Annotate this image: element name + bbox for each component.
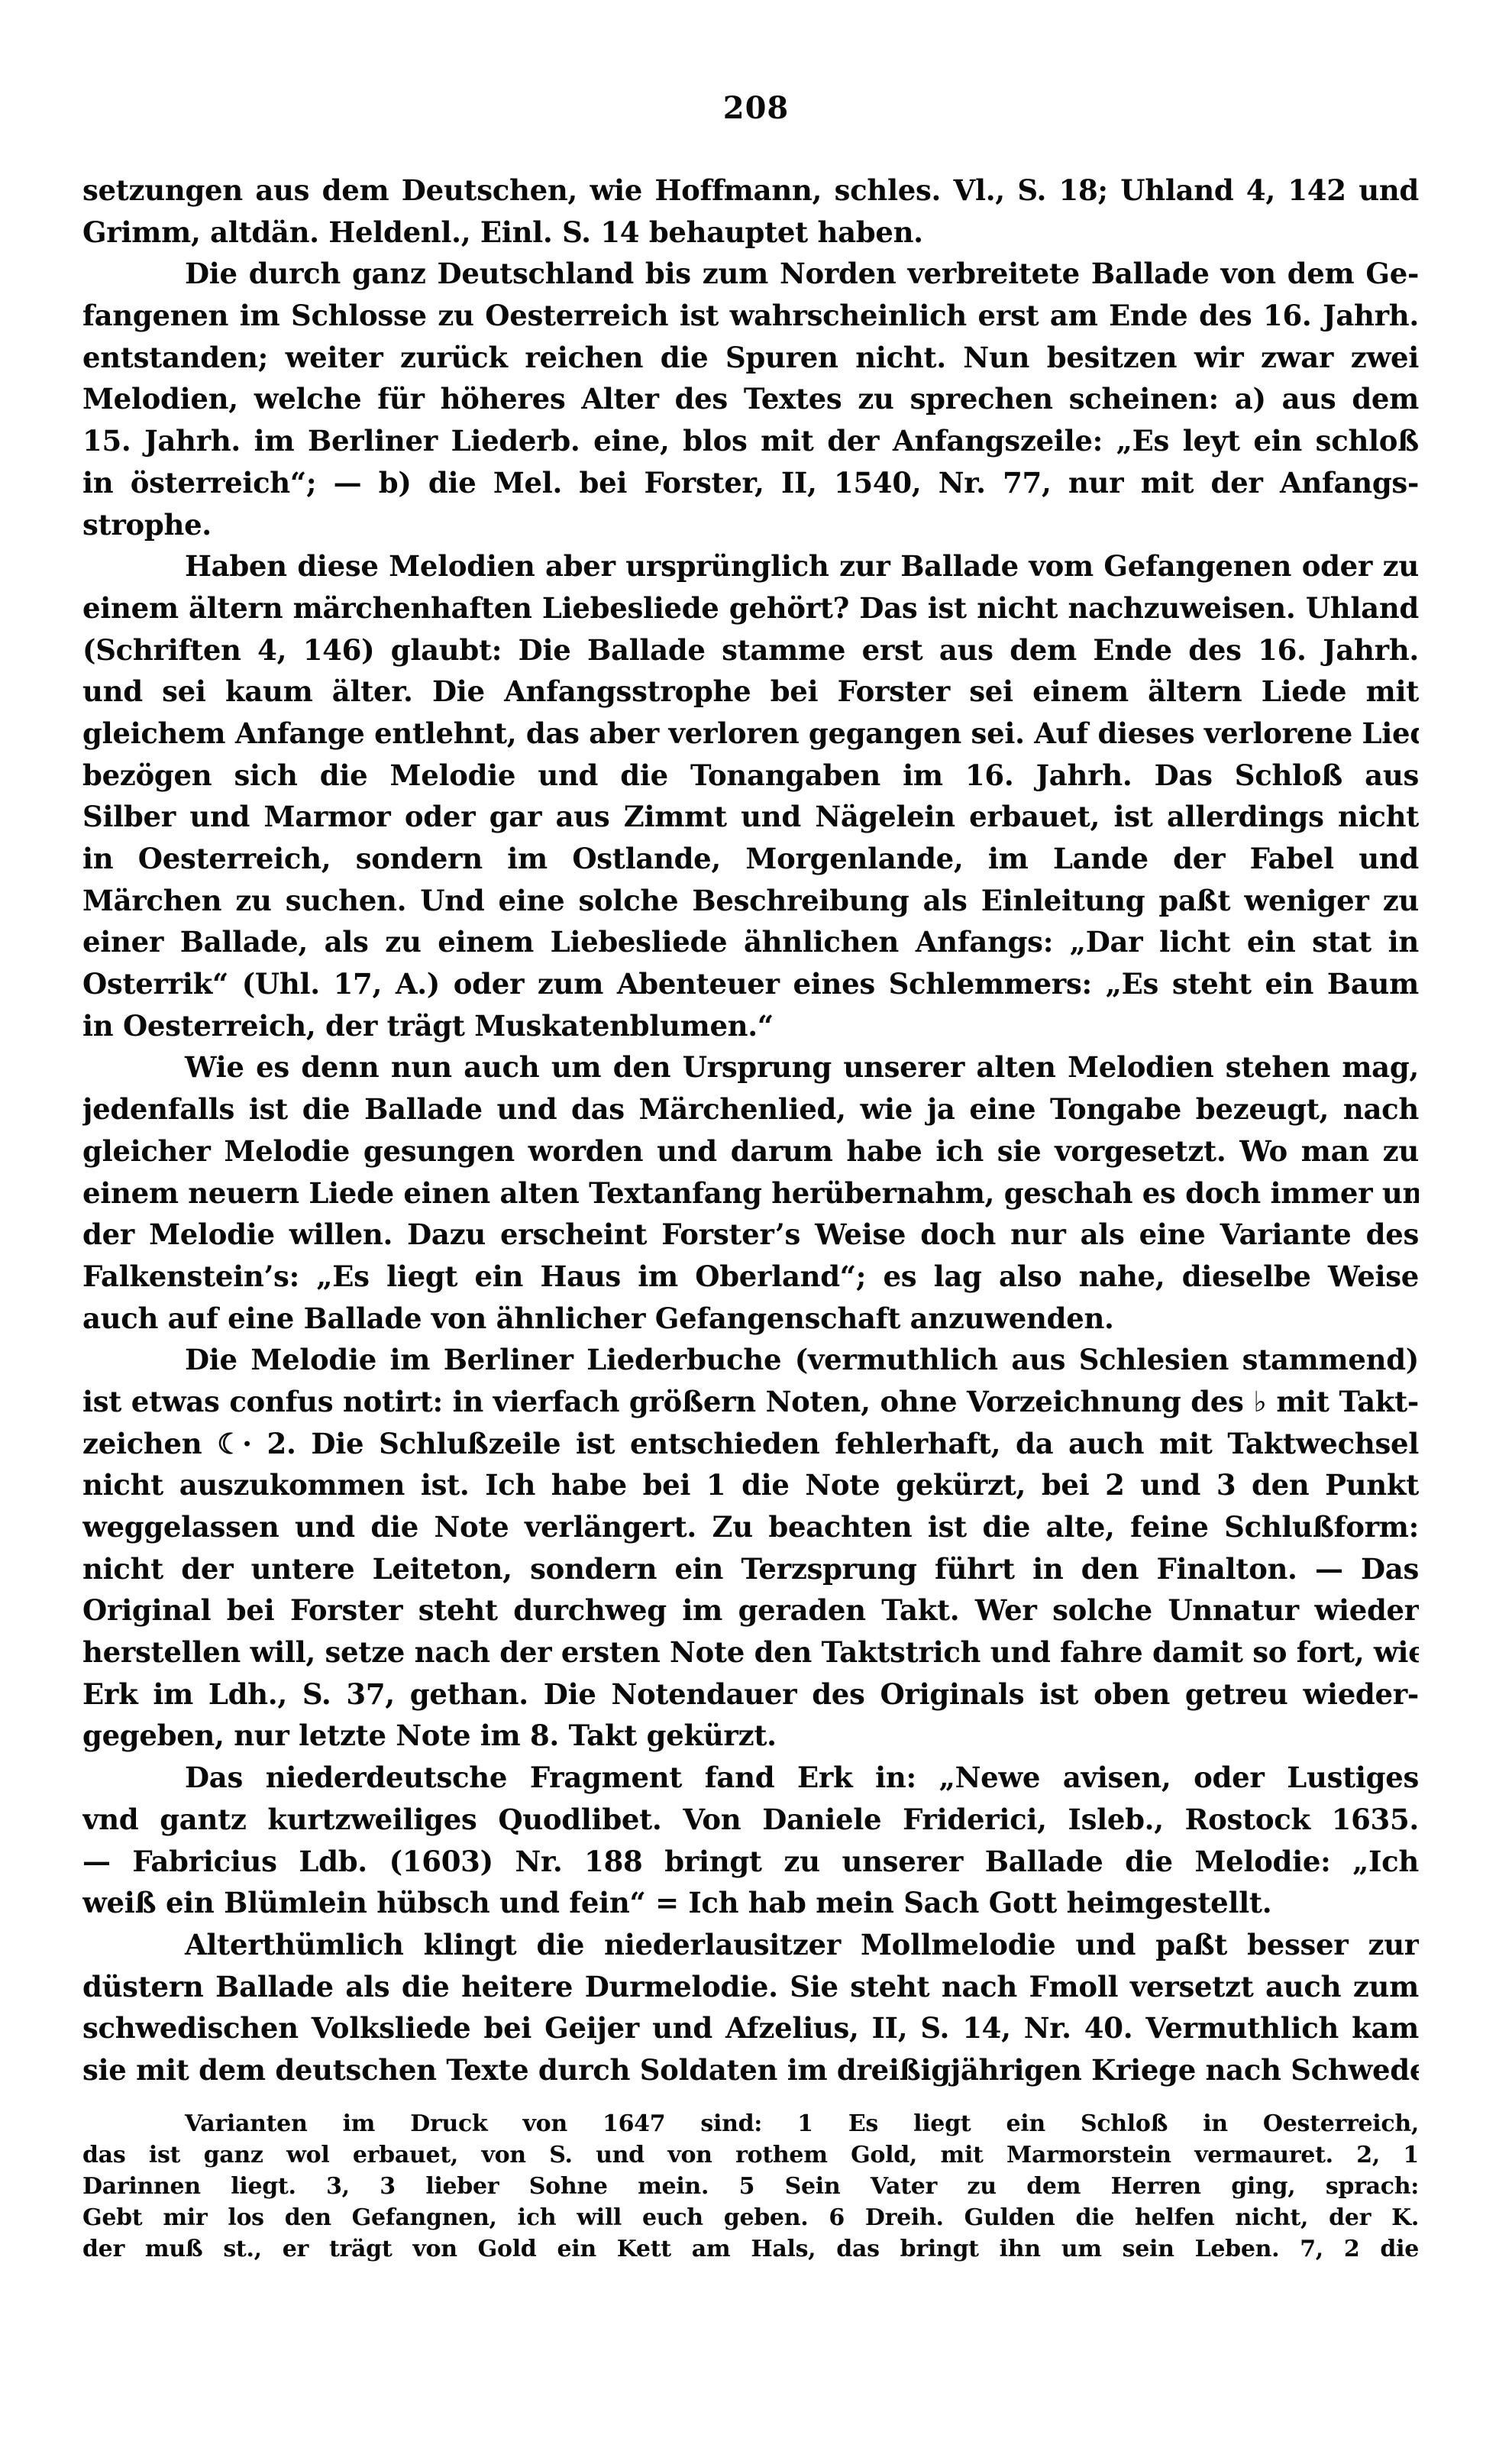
paragraph-first-line: Die Melodie im Berliner Liederbuche (ver… <box>82 1339 1419 1381</box>
text-line: 15. Jahrh. im Berliner Liederb. eine, bl… <box>82 420 1419 462</box>
text-line: strophe. <box>82 504 1419 546</box>
footnote-line: das ist ganz wol erbauet, von S. und von… <box>82 2139 1419 2171</box>
text-line: weiß ein Blümlein hübsch und fein“ = Ich… <box>82 1882 1419 1924</box>
text-line: in österreich“; — b) die Mel. bei Forste… <box>82 462 1419 504</box>
page-number: 208 <box>0 90 1512 126</box>
paragraph-first-line: Die durch ganz Deutschland bis zum Norde… <box>82 253 1419 295</box>
text-line: (Schriften 4, 146) glaubt: Die Ballade s… <box>82 629 1419 671</box>
paragraph-first-line: Alterthümlich klingt die niederlausitzer… <box>82 1924 1419 1966</box>
text-line: jedenfalls ist die Ballade und das Märch… <box>82 1088 1419 1130</box>
text-line: Osterrik“ (Uhl. 17, A.) oder zum Abenteu… <box>82 963 1419 1005</box>
text-line: Original bei Forster steht durchweg im g… <box>82 1589 1419 1631</box>
text-line: Märchen zu suchen. Und eine solche Besch… <box>82 880 1419 922</box>
footnote-line: Gebt mir los den Gefangnen, ich will euc… <box>82 2202 1419 2233</box>
text-line: Falkenstein’s: „Es liegt ein Haus im Obe… <box>82 1256 1419 1298</box>
body-text: setzungen aus dem Deutschen, wie Hoffman… <box>82 170 1419 2091</box>
text-line: einem ältern märchenhaften Liebesliede g… <box>82 587 1419 629</box>
text-line: bezögen sich die Melodie und die Tonanga… <box>82 755 1419 797</box>
text-line: in Oesterreich, sondern im Ostlande, Mor… <box>82 838 1419 880</box>
paragraph-first-line: Wie es denn nun auch um den Ursprung uns… <box>82 1046 1419 1088</box>
text-line: vnd gantz kurtzweiliges Quodlibet. Von D… <box>82 1799 1419 1841</box>
text-line: — Fabricius Ldb. (1603) Nr. 188 bringt z… <box>82 1841 1419 1883</box>
text-line: gleichem Anfange entlehnt, das aber verl… <box>82 713 1419 755</box>
text-line: düstern Ballade als die heitere Durmelod… <box>82 1966 1419 2008</box>
text-line: gegeben, nur letzte Note im 8. Takt gekü… <box>82 1715 1419 1757</box>
footnote-line: der muß st., er trägt von Gold ein Kett … <box>82 2233 1419 2265</box>
text-line: schwedischen Volksliede bei Geijer und A… <box>82 2007 1419 2049</box>
text-line: nicht auszukommen ist. Ich habe bei 1 di… <box>82 1464 1419 1506</box>
paragraph-first-line: Das niederdeutsche Fragment fand Erk in:… <box>82 1757 1419 1799</box>
text-line: weggelassen und die Note verlängert. Zu … <box>82 1506 1419 1548</box>
text-line: Grimm, altdän. Heldenl., Einl. S. 14 beh… <box>82 212 1419 254</box>
footnotes: Varianten im Druck von 1647 sind: 1 Es l… <box>82 2108 1419 2265</box>
text-line: der Melodie willen. Dazu erscheint Forst… <box>82 1214 1419 1256</box>
text-line: Silber und Marmor oder gar aus Zimmt und… <box>82 796 1419 838</box>
text-line: in Oesterreich, der trägt Muskatenblumen… <box>82 1005 1419 1047</box>
text-line: gleicher Melodie gesungen worden und dar… <box>82 1130 1419 1172</box>
text-line: Erk im Ldh., S. 37, gethan. Die Notendau… <box>82 1674 1419 1716</box>
text-line: zeichen ☾· 2. Die Schlußzeile ist entsch… <box>82 1423 1419 1465</box>
footnote-line: Darinnen liegt. 3, 3 lieber Sohne mein. … <box>82 2171 1419 2202</box>
text-line: und sei kaum älter. Die Anfangsstrophe b… <box>82 671 1419 713</box>
text-line: ist etwas confus notirt: in vierfach grö… <box>82 1381 1419 1423</box>
text-line: sie mit dem deutschen Texte durch Soldat… <box>82 2049 1419 2091</box>
text-line: fangenen im Schlosse zu Oesterreich ist … <box>82 295 1419 337</box>
text-line: auch auf eine Ballade von ähnlicher Gefa… <box>82 1298 1419 1340</box>
text-line: einer Ballade, als zu einem Liebesliede … <box>82 921 1419 963</box>
text-line: herstellen will, setze nach der ersten N… <box>82 1631 1419 1674</box>
text-line: einem neuern Liede einen alten Textanfan… <box>82 1172 1419 1214</box>
text-line: setzungen aus dem Deutschen, wie Hoffman… <box>82 170 1419 212</box>
text-line: Melodien, welche für höheres Alter des T… <box>82 378 1419 420</box>
text-line: nicht der untere Leiteton, sondern ein T… <box>82 1548 1419 1590</box>
paragraph-first-line: Haben diese Melodien aber ursprünglich z… <box>82 545 1419 587</box>
text-line: entstanden; weiter zurück reichen die Sp… <box>82 337 1419 379</box>
footnote-line: Varianten im Druck von 1647 sind: 1 Es l… <box>82 2108 1419 2139</box>
